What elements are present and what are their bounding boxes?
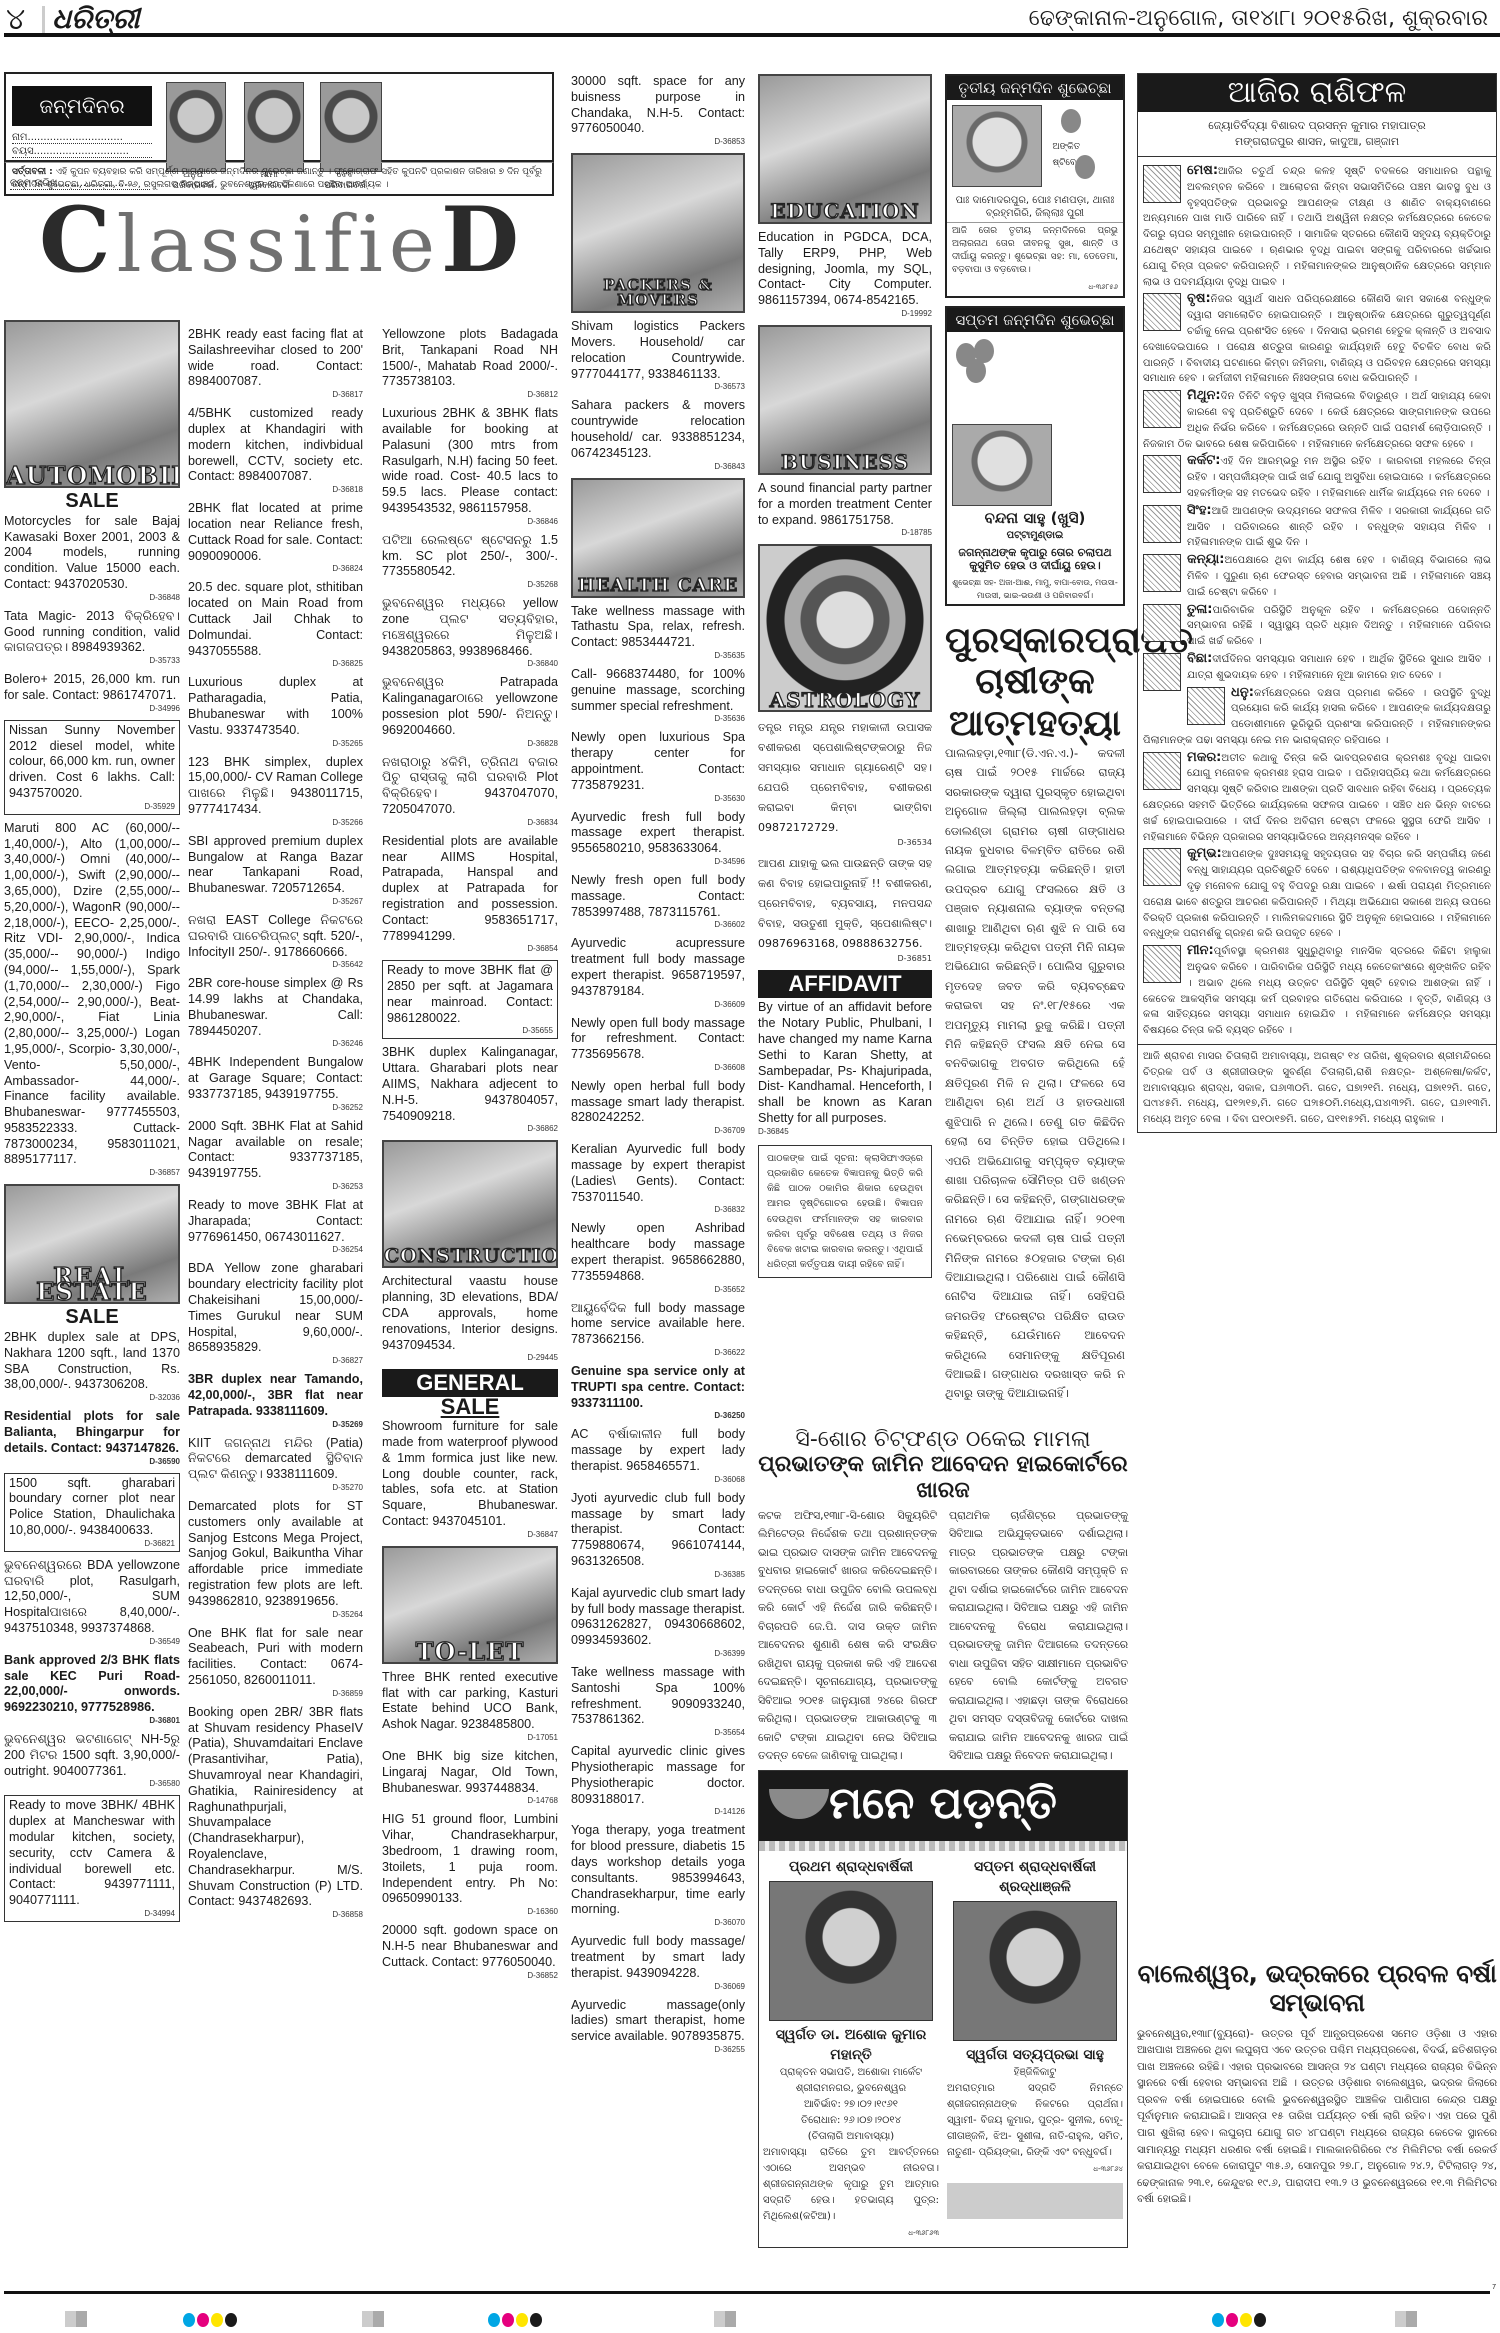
ad-code: D-16360	[382, 1907, 558, 1917]
ad-code: D-35636	[571, 714, 745, 724]
ad-text: ଭୁବନେଶ୍ୱରରେ BDA yellowzone ଘରବାରି plot, …	[4, 1558, 180, 1635]
classified-ad: Ready to move 3BHK flat @ 2850 per sqft.…	[382, 960, 558, 1039]
ad-code: D-36070	[571, 1918, 745, 1928]
zodiac-sign-name: ମେଷ:	[1187, 163, 1218, 178]
banner-caption: EDUCATION	[760, 204, 930, 220]
ad-text: ନଖରାଠାରୁ ୪କିମି, ତ୍ରିନାଥ ବଜାର ପିଚୁ ରାସ୍ତା…	[382, 755, 558, 816]
ad-text: Call- 9668374480, for 100% genuine massa…	[571, 667, 745, 713]
sale-heading: SALE	[382, 1399, 558, 1415]
ad-text: 4BHK Independent Bungalow at Garage Squa…	[188, 1055, 363, 1101]
zodiac-entry: କର୍କଟ:ଏହି ଦିନ ଆରମ୍ଭରୁ ମନ ଅସ୍ଥିର ରହିବ । କ…	[1143, 453, 1491, 501]
classified-ad: Newly open Ashribad healthcare body mass…	[571, 1221, 745, 1294]
yellow-dot	[516, 2313, 528, 2327]
horoscope-panel: ଆଜିର ରାଶିଫଳ ଜ୍ୟୋତିର୍ବିଦ୍ୟା ବିଶାରଦ ପ୍ରସନ୍…	[1137, 73, 1497, 1133]
fish-icon	[1143, 945, 1181, 983]
obit-message: ଅମାବାସ୍ୟା ରାତିରେ ତୁମ ଆବର୍ତ୍ତନରେ ଏଠାରେ ଅସ…	[763, 2145, 939, 2225]
scales-icon	[1143, 604, 1181, 642]
column-property: 2BHK ready east facing flat at Sailashre…	[188, 327, 363, 1926]
third-birthday-wish: ତୃତୀୟ ଜନ୍ମଦିନ ଶୁଭେଚ୍ଛା ଅଙ୍କିତ ଷ୍ଟିବେ ପାଃ…	[945, 74, 1125, 298]
zodiac-forecast: ଅପେକ୍ଷାରେ ଥିବା କାର୍ଯ୍ୟ ଶେଷ ହେବ । ବାଣିଜ୍ୟ…	[1187, 555, 1491, 598]
obituary-subheading: ଶ୍ରଦ୍ଧାଞ୍ଜଳି	[947, 1877, 1123, 1897]
ad-text: A sound financial party partner for a mo…	[758, 481, 932, 527]
zodiac-forecast: ଅତୀତ କଥାକୁ ଚିନ୍ତା କରି ଭାବପ୍ରବଣତା କ୍ରମଶଃ …	[1143, 753, 1491, 843]
classified-ad: ନଖରା EAST College ନିକଟରେ ଘରବାରି ପାଚେରିପ୍…	[188, 913, 363, 970]
ad-code: D-36709	[571, 1126, 745, 1136]
ad-list: 2BHK duplex sale at DPS, Nakhara 1200 sq…	[4, 1330, 180, 1922]
ad-text: Newly fresh open full body massage. Cont…	[571, 873, 745, 919]
flower-border	[759, 1841, 1127, 1851]
black-dot	[1254, 2313, 1266, 2327]
classified-ad: Tata Magic- 2013 ବିକ୍ରିହେବ। Good running…	[4, 609, 180, 666]
ad-text: One BHK flat for sale near Seabeach, Pur…	[188, 1626, 363, 1687]
ad-code: D-36845	[758, 1127, 932, 1137]
ad-list: 2BHK ready east facing flat at Sailashre…	[188, 327, 363, 1920]
classified-ad: ତନ୍ତ୍ର ମନ୍ତ୍ର ଯନ୍ତ୍ର ମହାକାଳୀ ଉପାସକ ବଶୀକର…	[758, 718, 932, 848]
classified-ad: ଭୁବନେଶ୍ୱର ମଧ୍ୟରେ yellow zone ପ୍ଲଟ ସତ୍ୟବି…	[382, 596, 558, 669]
classified-ad: Take wellness massage with Santoshi Spa …	[571, 1665, 745, 1738]
column-education-astrology: EDUCATION Education in PGDCA, DCA, Tally…	[758, 74, 932, 1286]
banner-caption: TO-LET	[384, 1644, 556, 1660]
classified-ad: Booking open 2BR/ 3BR flats at Shuvam re…	[188, 1705, 363, 1920]
ad-text: ପଟିଆ ରେଲଷ୍ଟେ ଷ୍ଟେସନରୁ 1.5 km. SC plot 25…	[382, 533, 558, 579]
packers-movers-banner: PACKERS & MOVERS	[571, 153, 745, 313]
obituary-title-text: ମନେ ପଡ଼ନ୍ତି	[829, 1778, 1057, 1829]
classified-ad: Motorcycles for sale Bajaj Kawasaki Boxe…	[4, 514, 180, 603]
banner-caption: HEALTH CARE	[573, 578, 743, 594]
article-body: କଟକ ଅଫିସ,୧୩ା୮-ସି-ଶୋର ସିକ୍ୟୁରିଟି ଲିମିଟେଡ୍…	[758, 1507, 937, 1766]
ad-text: Kajal ayurvedic club smart lady by full …	[571, 1586, 745, 1647]
zodiac-sign-name: କର୍କଟ:	[1187, 453, 1220, 468]
ad-text: 2BHK ready east facing flat at Sailashre…	[188, 327, 363, 388]
black-dot	[530, 2313, 542, 2327]
ad-text: Yellowzone plots Badagada Brit, Tankapan…	[382, 327, 558, 388]
maiden-icon	[1143, 554, 1181, 592]
classified-ad: 4/5BHK customized ready duplex at Khanda…	[188, 406, 363, 495]
ad-list: ତନ୍ତ୍ର ମନ୍ତ୍ର ଯନ୍ତ୍ର ମହାକାଳୀ ଉପାସକ ବଶୀକର…	[758, 718, 932, 964]
ad-code: D-36824	[188, 564, 363, 574]
ad-code: D-36622	[571, 1348, 745, 1358]
water-bearer-icon	[1143, 848, 1181, 886]
obituary-heading: ସପ୍ତମ ଶ୍ରାଦ୍ଧବାର୍ଷିକୀ	[947, 1857, 1123, 1877]
child-photo	[952, 424, 1052, 506]
obit-line: (ଚିତାଲାଗି ଅମାବାସ୍ୟା)	[763, 2129, 939, 2145]
ad-text: ଭୁବନେଶ୍ୱର ଭଟଣାଗେଟ୍ NH-5ରୁ 200 ମିଟର 1500 …	[4, 1732, 180, 1778]
zodiac-entry: କୁମ୍ଭ:ଆପଣଙ୍କ ଦୁଃସମୟକୁ ସହୃଦୟତାର ସହ ବିଚାର …	[1143, 846, 1491, 942]
zodiac-entry: କନ୍ୟା:ଅପେକ୍ଷାରେ ଥିବା କାର୍ଯ୍ୟ ଶେଷ ହେବ । ବ…	[1143, 552, 1491, 600]
classified-ad: Shivam logistics Packers Movers. Househo…	[571, 319, 745, 392]
ad-text: Architectural vaastu house planning, 3D …	[382, 1274, 558, 1351]
ad-text: HIG 51 ground floor, Lumbini Vihar, Chan…	[382, 1812, 558, 1905]
footer-rule	[4, 2291, 1490, 2294]
classified-ad: Newly open full body massage for refresh…	[571, 1016, 745, 1073]
child-photo	[244, 82, 304, 172]
registration-mark	[362, 2311, 384, 2327]
astrologer-name: ଜ୍ୟୋତିର୍ବିଦ୍ୟା ବିଶାରଦ ପ୍ରସନ୍ନ କୁମାର ମହାପ…	[1142, 118, 1492, 134]
general-heading: GENERAL	[382, 1369, 558, 1397]
banner-caption: PACKERS & MOVERS	[573, 278, 743, 310]
construction-banner: CONSTRUCTION	[382, 1140, 558, 1268]
article-body: ପ୍ରାଥମିକ ଚାର୍ଜଶିଟ୍‌ରେ ପ୍ରଭାତଙ୍କୁ ସିବିଆଇ …	[949, 1507, 1128, 1766]
classified-ad: Three BHK rented executive flat with car…	[382, 1670, 558, 1743]
masthead: ୪ ଧରିତ୍ରୀ ଢେଙ୍କାନାଳ-ଅନୁଗୋଳ, ତା୧୪ା୮ା ୨୦୧୫…	[0, 0, 1500, 40]
ad-text: Ayurvedic acupressure treatment full bod…	[571, 936, 745, 997]
ad-code: D-36834	[382, 818, 558, 828]
ad-code: D-36851	[758, 954, 932, 964]
classified-ad: Luxurious duplex at Patharagadia, Patia,…	[188, 675, 363, 748]
classified-ad: BDA Yellow zone gharabari boundary elect…	[188, 1261, 363, 1366]
black-dot	[225, 2313, 237, 2327]
zodiac-sign-name: କୁମ୍ଭ:	[1187, 846, 1222, 861]
birthday-wishes: ତୃତୀୟ ଜନ୍ମଦିନ ଶୁଭେଚ୍ଛା ଅଙ୍କିତ ଷ୍ଟିବେ ପାଃ…	[945, 74, 1125, 1404]
ad-code: D-35269	[188, 1420, 363, 1430]
archer-icon	[1187, 687, 1225, 725]
wish-from: ଶୁଭେଚ୍ଛା ସହ- ଅଜା-ଆଈ, ମାମୁ, ବାପା-ବୋଉ, ମଉସ…	[947, 574, 1123, 604]
horoscope-title: ଆଜିର ରାଶିଫଳ	[1138, 74, 1496, 112]
ad-text: Luxurious 2BHK & 3BHK flats available fo…	[382, 406, 558, 515]
zodiac-entry: ମକର:ଅତୀତ କଥାକୁ ଚିନ୍ତା କରି ଭାବପ୍ରବଣତା କ୍ର…	[1143, 750, 1491, 846]
classified-ad: Kajal ayurvedic club smart lady by full …	[571, 1586, 745, 1659]
zodiac-sign-name: କନ୍ୟା:	[1187, 552, 1224, 567]
ad-text: 3BR duplex near Tamando, 42,00,000/-, 3B…	[188, 1372, 363, 1418]
zodiac-sign-name: ସିଂହ:	[1187, 503, 1212, 518]
obit-line: ଆବିର୍ଭାବ: ୨୭।୦୨।୧୯୬୧	[763, 2097, 939, 2113]
bull-icon	[1143, 293, 1181, 331]
ad-code: D-18785	[758, 528, 932, 538]
cyan-dot	[488, 2313, 500, 2327]
wish-message: ଆଜି ତୋର ତୃତୀୟ ଜନ୍ମଦିନରେ ପ୍ରଭୁ ଅଲାରନାଥ ତୋ…	[947, 222, 1123, 279]
cyan-dot	[1212, 2313, 1224, 2327]
banner-caption: BUSINESS	[760, 455, 930, 471]
ad-code: D-36812	[382, 390, 558, 400]
zodiac-forecast: ଆପଣଙ୍କ ଦୁଃସମୟକୁ ସହୃଦୟତାର ସହ ବିଚାର କରି ସମ…	[1143, 849, 1491, 939]
ad-text: 4/5BHK customized ready duplex at Khanda…	[188, 406, 363, 483]
ad-text: 123 BHK simplex, duplex 15,00,000/- CV R…	[188, 755, 363, 816]
ad-code: D-36069	[571, 1982, 745, 1992]
ad-text: Ayurvedic fresh full body massage expert…	[571, 810, 745, 856]
zodiac-entry: ସିଂହ:ଆଜି ଆପଣଙ୍କ ଉଦ୍ୟମରେ ସଫଳତା ମିଳିବ । ସର…	[1143, 503, 1491, 551]
balloon-icon	[952, 337, 1012, 419]
ad-code: D-36385	[571, 1570, 745, 1580]
obituary-heading: ପ୍ରଥମ ଶ୍ରାଦ୍ଧବାର୍ଷିକୀ	[763, 1857, 939, 1877]
wish-name: ବନ୍ଦନା ସାହୁ (ଖୁସି)	[947, 511, 1123, 527]
ad-code: D-35265	[188, 739, 363, 749]
registration-mark	[1395, 2311, 1417, 2327]
ad-text: By virtue of an affidavit before the Not…	[758, 1000, 932, 1125]
ad-text: Maruti 800 AC (60,000/-- 1,40,000/-), Al…	[4, 821, 180, 1167]
ad-code: D-35655	[387, 1026, 553, 1036]
classified-ad: 3BR duplex near Tamando, 42,00,000/-, 3B…	[188, 1372, 363, 1429]
banner-caption: CONSTRUCTION	[384, 1249, 556, 1265]
ad-code: D-34596	[571, 857, 745, 867]
ad-code: D-36817	[188, 390, 363, 400]
ad-text: 30000 sqft. space for any buisness purpo…	[571, 74, 745, 135]
ad-text: 3BHK duplex Kalinganagar, Uttara. Gharab…	[382, 1045, 558, 1122]
article-body: ଭୁବନେଶ୍ୱର,୧୩ା୮(ବ୍ୟୁରୋ)- ଉତ୍ତର ପୂର୍ବ ଆନ୍ଧ…	[1137, 2026, 1497, 2209]
coupon-name-field[interactable]: ନାମ..............................	[12, 132, 152, 144]
ad-code: D-35654	[571, 1728, 745, 1738]
goat-icon	[1143, 752, 1181, 790]
seashore-article: ସି-ଶୋର ଚିଟ୍‌ଫଣ୍ଡ ଠକେଇ ମାମଲା ପ୍ରଭାତଙ୍କ ଜା…	[758, 1427, 1128, 1766]
ad-text: Newly open luxurious Spa therapy center …	[571, 730, 745, 791]
zodiac-forecast: ଏହି ଦିନ ଆରମ୍ଭରୁ ମନ ଅସ୍ଥିର ରହିବ । କାରବାରୀ…	[1187, 456, 1491, 499]
ad-text: One BHK big size kitchen, Lingaraj Nagar…	[382, 1749, 558, 1795]
zodiac-forecast: ଦୀର୍ଘଦିନର ସମସ୍ୟାର ସମାଧାନ ହେବ । ଆର୍ଥିକ ସ୍…	[1187, 654, 1491, 681]
obit-line: ହିଞ୍ଜିଳିକାଟୁ	[947, 2065, 1123, 2081]
column-automobile-realestate: AUTOMOBILE SALE Motorcycles for sale Baj…	[4, 320, 180, 1928]
wish-message: ଜଗନ୍ନାଥଙ୍କ କୃପାରୁ ତୋର ଚଲାପଥ କୁସୁମିତ ହେଉ …	[947, 544, 1123, 574]
ad-code: D-36843	[571, 462, 745, 472]
education-banner: EDUCATION	[758, 74, 932, 224]
ad-code: D-19992	[758, 309, 932, 319]
classified-ad: Newly open luxurious Spa therapy center …	[571, 730, 745, 803]
ad-code: D-36827	[188, 1356, 363, 1366]
ad-text: AC ବର୍ଷାକାଳୀନ full body massage by exper…	[571, 1427, 745, 1473]
zodiac-forecast: ଆଜିର ଚତୁର୍ଥ ଚନ୍ଦ୍ର କଳହ ସୃଷ୍ଟି ବଦଳରେ ସମାଧ…	[1143, 166, 1491, 288]
ad-code: ଧ-୩୬୮୬୪	[947, 2161, 1123, 2177]
yellow-dot	[211, 2313, 223, 2327]
wish-place: ପଟ୍ଟାମୁଣ୍ଡାଇ	[947, 527, 1123, 544]
ad-code: D-36853	[571, 137, 745, 147]
deceased-name: ସ୍ୱର୍ଗତା ସତ୍ୟପ୍ରଭା ସାହୁ	[947, 2045, 1123, 2065]
magenta-dot	[502, 2313, 514, 2327]
classified-ad: Maruti 800 AC (60,000/-- 1,40,000/-), Al…	[4, 821, 180, 1179]
ad-code: D-36255	[571, 2045, 745, 2055]
newspaper-logo: ଧରିତ୍ରୀ	[52, 2, 139, 36]
ad-text: Ready to move 3BHK Flat at Jharapada; Co…	[188, 1198, 363, 1244]
ad-code: D-36534	[758, 838, 932, 848]
coupon-age-field[interactable]: ବୟସ..............................	[12, 146, 152, 158]
obituary-title: ମନେ ପଡ଼ନ୍ତି	[759, 1771, 1127, 1841]
classified-ad: 30000 sqft. space for any buisness purpo…	[571, 74, 745, 147]
deceased-name: ସ୍ୱର୍ଗତ ଡା. ଅଶୋକ କୁମାର ମହାନ୍ତି	[763, 2025, 939, 2065]
classified-ad: 2BHK ready east facing flat at Sailashre…	[188, 327, 363, 400]
ad-code: D-35652	[571, 1285, 745, 1295]
ad-code: D-36828	[382, 739, 558, 749]
ad-text: Nissan Sunny November 2012 diesel model,…	[9, 723, 175, 800]
ad-text: Newly open Ashribad healthcare body mass…	[571, 1221, 745, 1282]
headline: ଆତ୍ମହତ୍ୟା	[945, 703, 1125, 744]
classified-ad: 2BR core-house simplex @ Rs 14.99 lakhs …	[188, 976, 363, 1049]
classified-ad: Residential plots for sale Balianta, Bhi…	[4, 1409, 180, 1466]
ad-code: D-36818	[188, 485, 363, 495]
classified-ad: Ready to move 3BHK Flat at Jharapada; Co…	[188, 1198, 363, 1255]
zodiac-entry: ବୃଷ:ନିଜର ସ୍ୱାର୍ଥ ସାଧନ ପରିପ୍ରେକ୍ଷୀରେ କୌଣସ…	[1143, 291, 1491, 387]
logo-letter: C	[39, 187, 117, 293]
ad-code: ଧ-୩୬୮୬୩	[763, 2225, 939, 2241]
classified-ad: 20.5 dec. square plot, sthitiban located…	[188, 580, 363, 669]
ad-list: Three BHK rented executive flat with car…	[382, 1670, 558, 1981]
classified-ad: Architectural vaastu house planning, 3D …	[382, 1274, 558, 1363]
ad-code: D-35264	[188, 1610, 363, 1620]
ad-text: BDA Yellow zone gharabari boundary elect…	[188, 1261, 363, 1354]
classified-ad: 123 BHK simplex, duplex 15,00,000/- CV R…	[188, 755, 363, 828]
portrait-photo	[953, 1901, 1117, 2041]
ad-code: D-36246	[188, 1039, 363, 1049]
ad-text: ଭୁବନେଶ୍ୱର ମଧ୍ୟରେ yellow zone ପ୍ଲଟ ସତ୍ୟବି…	[382, 596, 558, 657]
ad-text: Bank approved 2/3 BHK flats sale KEC Pur…	[4, 1653, 180, 1714]
ad-text: Capital ayurvedic clinic gives Physiothe…	[571, 1744, 745, 1805]
ad-text: KIIT ଜଗନ୍ନାଥ ମନ୍ଦିର (Patia) ନିକଟରେ demar…	[188, 1436, 363, 1482]
masthead-rule	[4, 33, 1500, 37]
terms-label: ସର୍ତ୍ତାବଳୀ :	[12, 167, 53, 177]
classified-ad: Ayurvedic full body massage/ treatment b…	[571, 1934, 745, 1991]
ad-text: 2BHK duplex sale at DPS, Nakhara 1200 sq…	[4, 1330, 180, 1391]
ad-code: D-36549	[4, 1637, 180, 1647]
ad-text: Ayurvedic full body massage/ treatment b…	[571, 1934, 745, 1980]
ad-code: D-36068	[571, 1475, 745, 1485]
ad-text: Take wellness massage with Santoshi Spa …	[571, 1665, 745, 1726]
ad-text: SBI approved premium duplex Bungalow at …	[188, 834, 363, 895]
ad-code: D-35266	[188, 818, 363, 828]
classified-ad: Newly fresh open full body massage. Cont…	[571, 873, 745, 930]
column-plots-general-tolet: Yellowzone plots Badagada Brit, Tankapan…	[382, 327, 558, 1987]
color-registration-dots	[488, 2313, 542, 2327]
ad-code: D-36254	[188, 1245, 363, 1255]
article-columns: କଟକ ଅଫିସ,୧୩ା୮-ସି-ଶୋର ସିକ୍ୟୁରିଟି ଲିମିଟେଡ୍…	[758, 1507, 1128, 1766]
classified-logo: ClassifieD	[4, 200, 560, 280]
ram-icon	[1143, 165, 1181, 203]
headline: ପୁରସ୍କାରପ୍ରାପ୍ତ	[945, 620, 1125, 661]
headline: ବାଲେଶ୍ୱର, ଭଦ୍ରକରେ ପ୍ରବଳ ବର୍ଷା ସମ୍ଭାବନା	[1137, 1960, 1497, 2018]
crab-icon	[1143, 455, 1181, 493]
ad-text: Take wellness massage with Tathastu Spa,…	[571, 604, 745, 650]
ad-text: 20000 sqft. godown space on N.H-5 near B…	[382, 1923, 558, 1969]
zodiac-entry: ତୁଳା:ପାରିବାରିକ ପରିସ୍ଥିତି ଅନୁକୂଳ ରହିବ । କ…	[1143, 602, 1491, 650]
cyan-dot	[183, 2313, 195, 2327]
ad-code: D-34996	[4, 704, 180, 714]
classified-ad: Showroom furniture for sale made from wa…	[382, 1419, 558, 1540]
ad-code: D-35929	[9, 802, 175, 812]
obit-line: ତିରୋଧାନ: ୨୬।୦୭।୨୦୧୪	[763, 2113, 939, 2129]
ad-text: Residential plots are available near AII…	[382, 834, 558, 943]
ad-text: Ayurvedic massage(only ladies) smart the…	[571, 1998, 745, 2044]
ad-text: 2BHK flat located at prime location near…	[188, 501, 363, 562]
classified-ad: Bolero+ 2015, 26,000 km. run for sale. C…	[4, 672, 180, 714]
ad-text: Shivam logistics Packers Movers. Househo…	[571, 319, 745, 380]
wish-caption: ଅଙ୍କିତ ଷ୍ଟିବେ	[1053, 139, 1093, 153]
classified-ad: Sahara packers & movers countrywide relo…	[571, 398, 745, 471]
section-heading: SALE	[4, 494, 180, 510]
ad-code: D-36852	[382, 1971, 558, 1981]
logo-letter: D	[441, 187, 525, 293]
classified-ad: Ayurvedic massage(only ladies) smart the…	[571, 1998, 745, 2055]
classified-ad: ଭୁବନେଶ୍ୱର Patrapada Kalinganagarଠାରେ yel…	[382, 675, 558, 748]
article-body: ପାଲଲହଡ଼ା,୧୩ା୮(ଡି.ଏନ.ଏ.)- କଦଳୀ ଚାଷ ପାଇଁ ୨…	[945, 744, 1125, 1404]
twins-icon	[1143, 390, 1181, 428]
classified-ad: Jyoti ayurvedic club full body massage b…	[571, 1491, 745, 1580]
ad-code: D-36821	[9, 1539, 175, 1549]
ad-code: D-35635	[571, 651, 745, 661]
ad-text: Demarcated plots for ST customers only a…	[188, 1499, 363, 1608]
ad-code: D-36253	[188, 1182, 363, 1192]
ad-code: D-34994	[9, 1909, 175, 1919]
ad-code: D-14126	[571, 1807, 745, 1817]
ad-code: D-36847	[382, 1530, 558, 1540]
classified-ad: ନଖରାଠାରୁ ୪କିମି, ତ୍ରିନାଥ ବଜାର ପିଚୁ ରାସ୍ତା…	[382, 755, 558, 828]
ad-text: ତନ୍ତ୍ର ମନ୍ତ୍ର ଯନ୍ତ୍ର ମହାକାଳୀ ଉପାସକ ବଶୀକର…	[758, 721, 932, 834]
ad-list: Yellowzone plots Badagada Brit, Tankapan…	[382, 327, 558, 1134]
ad-text: Yoga therapy, yoga treatment for blood p…	[571, 1823, 745, 1916]
ad-code: D-36590	[4, 1457, 180, 1467]
child-photo	[952, 105, 1042, 187]
wish-address: ପାଃ ଦାମୋଦରପୁର, ପୋଃ ମଣପଡ଼ା, ଥାନାଃ ବ୍ରହ୍ମଗ…	[947, 192, 1123, 222]
ad-text: ଆପଣ ଯାହାକୁ ଭଲ ପାଉଛନ୍ତି ତାଙ୍କ ସହ କଣ ବିବାହ…	[758, 857, 932, 950]
ad-text: Residential plots for sale Balianta, Bhi…	[4, 1409, 180, 1455]
ad-text: Jyoti ayurvedic club full body massage b…	[571, 1491, 745, 1568]
zodiac-sign-name: ମୀନ:	[1187, 943, 1214, 958]
ad-code: D-36580	[4, 1779, 180, 1789]
balloon-icon: ଅଙ୍କିତ ଷ୍ଟିବେ	[1051, 105, 1111, 187]
classified-ad: 3BHK duplex Kalinganagar, Uttara. Gharab…	[382, 1045, 558, 1134]
zodiac-entry: ମେଷ:ଆଜିର ଚତୁର୍ଥ ଚନ୍ଦ୍ର କଳହ ସୃଷ୍ଟି ବଦଳରେ …	[1143, 163, 1491, 290]
zodiac-forecast: ପାରିବାରିକ ପରିସ୍ଥିତି ଅନୁକୂଳ ରହିବ । କର୍ମକ୍…	[1187, 605, 1491, 648]
ad-text: Three BHK rented executive flat with car…	[382, 1670, 558, 1731]
wish-title: ସପ୍ତମ ଜନ୍ମଦିନ ଶୁଭେଚ୍ଛା	[947, 308, 1123, 332]
obituary-right: ସପ୍ତମ ଶ୍ରାଦ୍ଧବାର୍ଷିକୀ ଶ୍ରଦ୍ଧାଞ୍ଜଳି ସ୍ୱର୍…	[947, 1857, 1123, 2241]
page-number: ୪	[6, 2, 25, 37]
zodiac-sign-name: ବିଛା:	[1187, 651, 1212, 666]
zodiac-forecast: ପୂର୍ବାବସ୍ଥା କ୍ରମଶଃ ସୁଧୁରୁଥିବାରୁ ମାନସିକ ସ…	[1143, 946, 1491, 1036]
ad-code: D-36252	[188, 1103, 363, 1113]
classified-ad: KIIT ଜଗନ୍ନାଥ ମନ୍ଦିର (Patia) ନିକଟରେ demar…	[188, 1436, 363, 1493]
lion-icon	[1143, 505, 1181, 543]
magenta-dot	[197, 2313, 209, 2327]
ad-code: D-32036	[4, 1393, 180, 1403]
child-photo	[166, 82, 226, 172]
portrait-photo	[769, 1881, 933, 2021]
ad-code: D-36859	[188, 1689, 363, 1699]
classified-ad: Residential plots are available near AII…	[382, 834, 558, 955]
ad-code: D-35733	[4, 656, 180, 666]
automobile-banner: AUTOMOBILE	[4, 320, 180, 488]
zodiac-sign-name: ତୁଳା:	[1187, 602, 1213, 617]
classified-ad: 2BHK flat located at prime location near…	[188, 501, 363, 574]
ad-code: D-36832	[571, 1205, 745, 1215]
tolet-banner: TO-LET	[382, 1546, 558, 1664]
zodiac-sign-name: ମକର:	[1187, 750, 1221, 765]
zodiac-entry: ଧନୁ:କର୍ମକ୍ଷେତ୍ରରେ ଦକ୍ଷତା ପ୍ରମାଣ କରିବେ । …	[1143, 685, 1491, 749]
ad-text: Motorcycles for sale Bajaj Kawasaki Boxe…	[4, 514, 180, 591]
ad-code: D-35268	[382, 580, 558, 590]
obit-line: ଶ୍ରୀରାମନଗର, ଭୁବନେଶ୍ୱର	[763, 2081, 939, 2097]
logo-letters: lassifie	[117, 200, 441, 290]
classified-ad: Call- 9668374480, for 100% genuine massa…	[571, 667, 745, 724]
banner-caption: ASTROLOGY	[760, 693, 930, 709]
wish-title: ତୃତୀୟ ଜନ୍ମଦିନ ଶୁଭେଚ୍ଛା	[947, 76, 1123, 100]
ad-code: D-36858	[188, 1910, 363, 1920]
column-packers-health: 30000 sqft. space for any buisness purpo…	[571, 74, 745, 2061]
classified-ad: Demarcated plots for ST customers only a…	[188, 1499, 363, 1620]
dateline: ଢେଙ୍କାନାଳ-ଅନୁଗୋଳ, ତା୧୪ା୮ା ୨୦୧୫ରିଖ, ଶୁକ୍ର…	[1029, 6, 1488, 31]
ad-text: 2BR core-house simplex @ Rs 14.99 lakhs …	[188, 976, 363, 1037]
birthday-coupon: ଜନ୍ମଦିନର ଶୁଭେଚ୍ଛା ନାମ...................…	[4, 72, 554, 162]
ad-text: 2000 Sqft. 3BHK Flat at Sahid Nagar avai…	[188, 1119, 363, 1180]
astrology-banner: ASTROLOGY	[758, 544, 932, 712]
ad-code: D-36846	[382, 517, 558, 527]
panjika-box: ଆଜି ଶ୍ରାବଣ ମାସର ଚିତାଲାଗି ଅମାବାସ୍ୟା, ଅଗଷ୍…	[1138, 1044, 1496, 1132]
yellow-dot	[1240, 2313, 1252, 2327]
magenta-dot	[1226, 2313, 1238, 2327]
classified-ad: HIG 51 ground floor, Lumbini Vihar, Chan…	[382, 1812, 558, 1917]
ad-text: ଭୁବନେଶ୍ୱର Patrapada Kalinganagarଠାରେ yel…	[382, 675, 558, 736]
ad-code: D-36848	[4, 593, 180, 603]
affidavit-ad: By virtue of an affidavit before the Not…	[758, 1000, 932, 1136]
ad-text: Bolero+ 2015, 26,000 km. run for sale. C…	[4, 672, 180, 702]
classified-ad: Newly open herbal full body massage smar…	[571, 1079, 745, 1136]
ad-code: D-35642	[188, 960, 363, 970]
obituary-columns: ପ୍ରଥମ ଶ୍ରାଦ୍ଧବାର୍ଷିକୀ ସ୍ୱର୍ଗତ ଡା. ଅଶୋକ କ…	[759, 1851, 1127, 2247]
astrologer-address: ମଙ୍ଗରାଜପୁର ଶାସନ, କାଦୁଆ, ଗଞ୍ଜାମ	[1142, 134, 1492, 150]
